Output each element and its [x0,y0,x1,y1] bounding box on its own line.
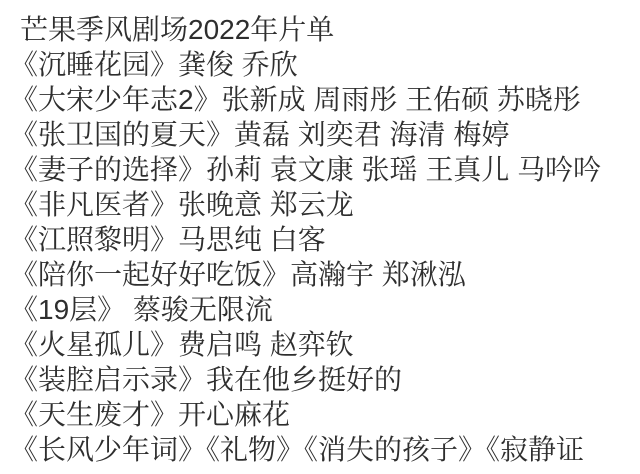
drama-list-item: 《沉睡花园》龚俊 乔欣 [10,47,640,82]
drama-list-item: 《陪你一起好好吃饭》高瀚宇 郑湫泓 [10,257,640,292]
drama-list-item: 《江照黎明》马思纯 白客 [10,222,640,257]
drama-lineup-document: 芒果季风剧场2022年片单 《沉睡花园》龚俊 乔欣 《大宋少年志2》张新成 周雨… [0,0,640,467]
drama-list-item: 《天生废才》开心麻花 [10,397,640,432]
drama-list-item: 《装腔启示录》我在他乡挺好的 [10,362,640,397]
drama-list-item: 《19层》 蔡骏无限流 [10,292,640,327]
page-title: 芒果季风剧场2022年片单 [20,12,640,47]
drama-list-item: 《火星孤儿》费启鸣 赵弈钦 [10,327,640,362]
drama-list-item: 《妻子的选择》孙莉 袁文康 张瑶 王真儿 马吟吟 [10,152,640,187]
drama-list-item: 《非凡医者》张晚意 郑云龙 [10,187,640,222]
drama-list-item: 《张卫国的夏天》黄磊 刘奕君 海清 梅婷 [10,117,640,152]
drama-list-item: 《大宋少年志2》张新成 周雨彤 王佑硕 苏晓彤 [10,82,640,117]
drama-list-item: 《长风少年词》《礼物》《消失的孩子》《寂静证 [10,432,640,467]
